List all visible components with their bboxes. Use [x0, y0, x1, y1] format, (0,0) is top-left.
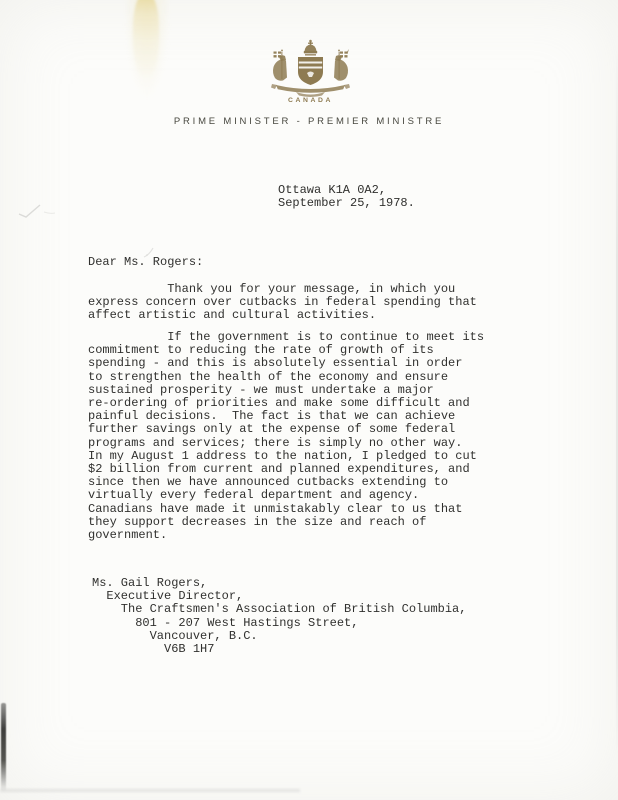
scanned-letter-page: CANADA PRIME MINISTER - PREMIER MINISTRE…	[0, 0, 618, 800]
recipient-address: Ms. Gail Rogers, Executive Director, The…	[92, 577, 466, 656]
page-edge-shadow-bottom	[0, 789, 300, 792]
pencil-smudge-icon	[16, 202, 58, 220]
scan-artifact-line	[1, 703, 6, 791]
crest-caption: CANADA	[263, 97, 358, 104]
body-paragraph-1: Thank you for your message, in which you…	[88, 283, 477, 323]
date-block: Ottawa K1A 0A2, September 25, 1978.	[278, 184, 415, 210]
letterhead-crest: CANADA	[263, 39, 358, 107]
salutation: Dear Ms. Rogers:	[88, 256, 203, 269]
body-paragraph-2: If the government is to continue to meet…	[88, 331, 484, 542]
canada-coat-of-arms-icon	[263, 39, 358, 97]
letterhead-title: PRIME MINISTER - PREMIER MINISTRE	[0, 116, 618, 127]
